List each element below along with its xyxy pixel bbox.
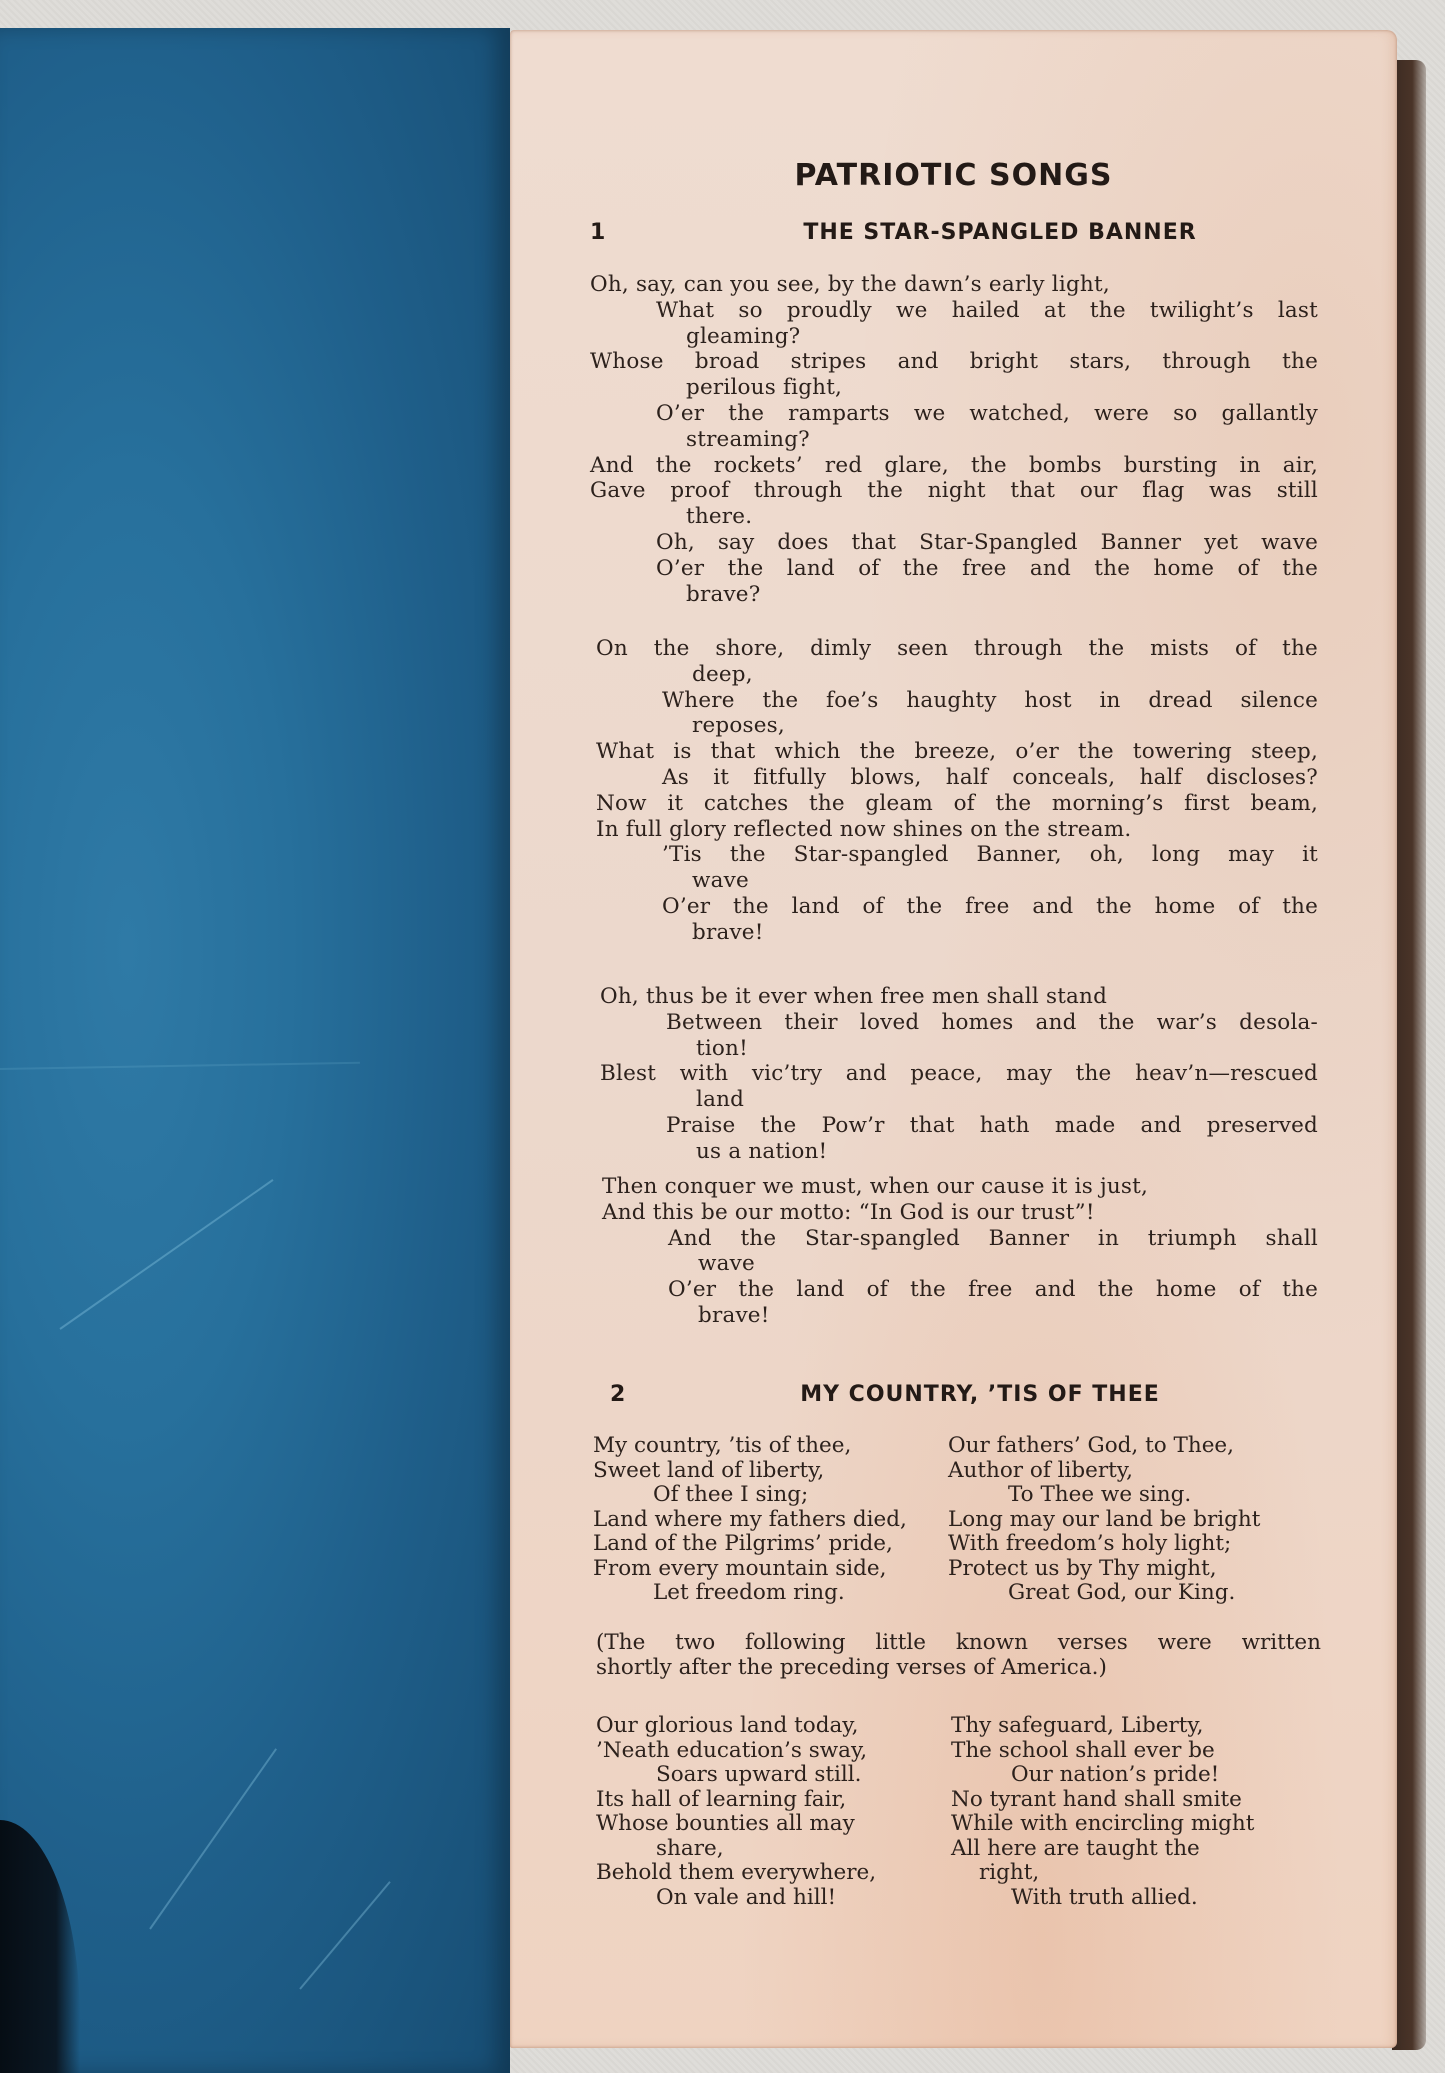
song-1-verse-4: Then conquer we must, when our cause it … — [602, 1174, 1318, 1329]
right-stanza: Our fathers’ God, to Thee, Author of lib… — [948, 1434, 1348, 1606]
lyric-line: Oh, thus be it ever when free men shall … — [600, 984, 1318, 1010]
lyric-line: brave! — [596, 920, 1318, 946]
lyric-line: Behold them everywhere, — [596, 1861, 956, 1886]
lyric-line: Praise the Pow’r that hath made and pres… — [600, 1113, 1318, 1139]
lyric-line: My country, ’tis of thee, — [593, 1434, 953, 1459]
lyric-line: Our glorious land today, — [596, 1714, 956, 1739]
lyric-line: All here are taught the — [951, 1837, 1351, 1862]
song-title: THE STAR-SPANGLED BANNER — [590, 220, 1370, 245]
cover-crease — [149, 1748, 277, 1929]
note-line: shortly after the preceding verses of Am… — [596, 1655, 1321, 1680]
lyric-line: land — [600, 1087, 1318, 1113]
lyric-line: Now it catches the gleam of the morning’… — [596, 791, 1318, 817]
page-edge-shadow — [1392, 60, 1426, 2050]
lyric-line: deep, — [596, 662, 1318, 688]
lyric-line: Long may our land be bright — [948, 1508, 1348, 1533]
left-stanza: Our glorious land today, ’Neath educatio… — [596, 1714, 956, 1910]
lyric-line: Of thee I sing; — [593, 1483, 953, 1508]
lyric-line: share, — [596, 1837, 956, 1862]
lyric-line: Great God, our King. — [948, 1581, 1348, 1606]
lyric-line: With freedom’s holy light; — [948, 1532, 1348, 1557]
lyric-line: O’er the land of the free and the home o… — [596, 894, 1318, 920]
lyric-line: tion! — [600, 1036, 1318, 1062]
lyric-line: As it fitfully blows, half conceals, hal… — [596, 765, 1318, 791]
lyric-line: Thy safeguard, Liberty, — [951, 1714, 1351, 1739]
lyric-line: The school shall ever be — [951, 1739, 1351, 1764]
lyric-line: Author of liberty, — [948, 1459, 1348, 1484]
lyric-line: Sweet land of liberty, — [593, 1459, 953, 1484]
song-1-verse-3: Oh, thus be it ever when free men shall … — [600, 984, 1318, 1165]
lyric-line: reposes, — [596, 713, 1318, 739]
lyric-line: Gave proof through the night that our fl… — [590, 478, 1318, 504]
booklet-blue-cover — [0, 28, 510, 2073]
song-title: MY COUNTRY, ’TIS OF THEE — [610, 1382, 1310, 1407]
lyric-line: wave — [602, 1251, 1318, 1277]
lyric-line: To Thee we sing. — [948, 1483, 1348, 1508]
lyric-line: Blest with vic’try and peace, may the he… — [600, 1061, 1318, 1087]
booklet-page: PATRIOTIC SONGS 1 THE STAR-SPANGLED BANN… — [510, 30, 1397, 2048]
lyric-line: ’Tis the Star-spangled Banner, oh, long … — [596, 842, 1318, 868]
lyric-line: Land where my fathers died, — [593, 1508, 953, 1533]
lyric-line: And the rockets’ red glare, the bombs bu… — [590, 453, 1318, 479]
lyric-line: O’er the land of the free and the home o… — [602, 1277, 1318, 1303]
cover-crease — [59, 1179, 273, 1330]
lyric-line: brave! — [602, 1303, 1318, 1329]
lyric-line: Then conquer we must, when our cause it … — [602, 1174, 1318, 1200]
lyric-line: Protect us by Thy might, — [948, 1557, 1348, 1582]
lyric-line: perilous fight, — [590, 375, 1318, 401]
cover-crease — [0, 1062, 360, 1070]
song-1-verse-2: On the shore, dimly seen through the mis… — [596, 636, 1318, 946]
cover-crease — [299, 1881, 391, 1990]
lyric-line: right, — [951, 1861, 1351, 1886]
lyric-line: Whose broad stripes and bright stars, th… — [590, 349, 1318, 375]
lyric-line: With truth allied. — [951, 1886, 1351, 1911]
lyric-line: And the Star-spangled Banner in triumph … — [602, 1226, 1318, 1252]
lyric-line: And this be our motto: “In God is our tr… — [602, 1200, 1318, 1226]
note-line: (The two following little known verses w… — [596, 1630, 1321, 1655]
lyric-line: On the shore, dimly seen through the mis… — [596, 636, 1318, 662]
lyric-line: ’Neath education’s sway, — [596, 1739, 956, 1764]
lyric-line: In full glory reflected now shines on th… — [596, 817, 1318, 843]
lyric-line: Oh, say, can you see, by the dawn’s earl… — [590, 272, 1318, 298]
song-1-verse-1: Oh, say, can you see, by the dawn’s earl… — [590, 272, 1318, 607]
lyric-line: gleaming? — [590, 324, 1318, 350]
lyric-line: O’er the ramparts we watched, were so ga… — [590, 401, 1318, 427]
lyric-line: Oh, say does that Star-Spangled Banner y… — [590, 530, 1318, 556]
lyric-line: Whose bounties all may — [596, 1812, 956, 1837]
page-heading: PATRIOTIC SONGS — [510, 158, 1397, 193]
lyric-line: No tyrant hand shall smite — [951, 1788, 1351, 1813]
left-stanza: My country, ’tis of thee, Sweet land of … — [593, 1434, 953, 1606]
lyric-line: From every mountain side, — [593, 1557, 953, 1582]
lyric-line: Between their loved homes and the war’s … — [600, 1010, 1318, 1036]
lyric-line: While with encircling might — [951, 1812, 1351, 1837]
lyric-line: Let freedom ring. — [593, 1581, 953, 1606]
lyric-line: wave — [596, 868, 1318, 894]
lyric-line: us a nation! — [600, 1139, 1318, 1165]
lyric-line: streaming? — [590, 427, 1318, 453]
lyric-line: Soars upward still. — [596, 1763, 956, 1788]
right-stanza: Thy safeguard, Liberty, The school shall… — [951, 1714, 1351, 1910]
lyric-line: brave? — [590, 582, 1318, 608]
lyric-line: What is that which the breeze, o’er the … — [596, 739, 1318, 765]
lyric-line: What so proudly we hailed at the twiligh… — [590, 298, 1318, 324]
lyric-line: Its hall of learning fair, — [596, 1788, 956, 1813]
lyric-line: Where the foe’s haughty host in dread si… — [596, 688, 1318, 714]
lyric-line: Our nation’s pride! — [951, 1763, 1351, 1788]
lyric-line: On vale and hill! — [596, 1886, 956, 1911]
lyric-line: Our fathers’ God, to Thee, — [948, 1434, 1348, 1459]
lyric-line: there. — [590, 504, 1318, 530]
historical-note: (The two following little known verses w… — [596, 1630, 1321, 1680]
lyric-line: O’er the land of the free and the home o… — [590, 556, 1318, 582]
lyric-line: Land of the Pilgrims’ pride, — [593, 1532, 953, 1557]
